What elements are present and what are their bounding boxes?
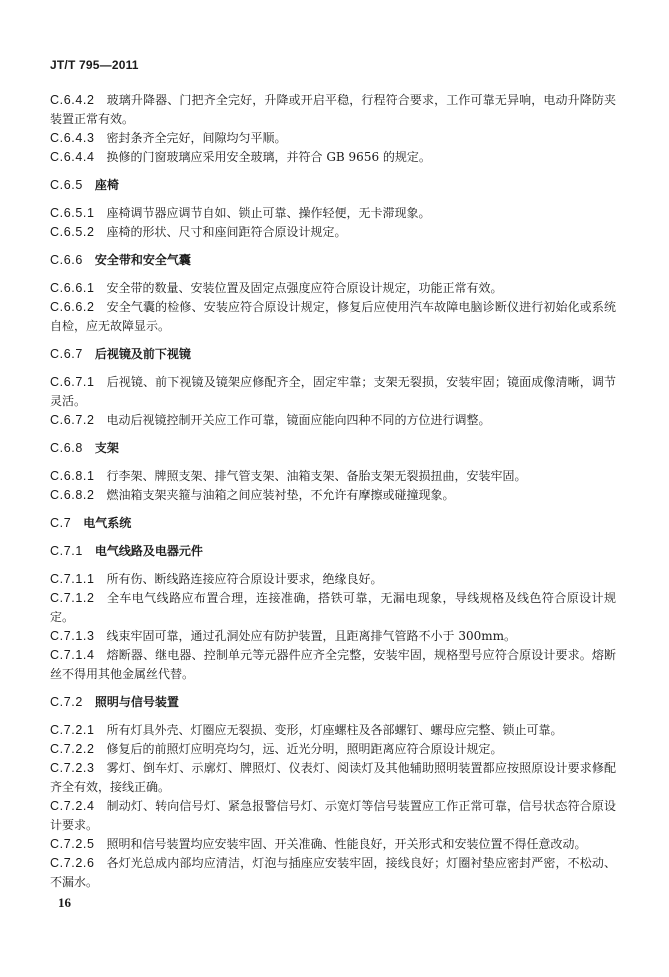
section-heading: C.6.8支架 — [50, 439, 616, 458]
clause-text: 熔断器、继电器、控制单元等元器件应齐全完整，安装牢固，规格型号应符合原设计要求。… — [50, 648, 616, 681]
clause-paragraph: C.7.2.1所有灯具外壳、灯圈应无裂损、变形，灯座螺柱及各部螺钉、螺母应完整、… — [50, 721, 616, 740]
page-number: 16 — [58, 895, 71, 911]
section-number: C.7.1 — [50, 544, 83, 558]
clause-number: C.7.1.4 — [50, 648, 95, 662]
section-heading: C.6.6安全带和安全气囊 — [50, 251, 616, 270]
clause-paragraph: C.6.5.2座椅的形状、尺寸和座间距符合原设计规定。 — [50, 223, 616, 242]
clause-text: 行李架、牌照支架、排气管支架、油箱支架、备胎支架无裂损扭曲，安装牢固。 — [107, 469, 527, 483]
clause-number: C.7.2.1 — [50, 723, 95, 737]
clause-paragraph: C.7.2.6各灯光总成内部均应清洁，灯泡与插座应安装牢固，接线良好；灯圈衬垫应… — [50, 854, 616, 892]
clause-number: C.6.5.1 — [50, 206, 95, 220]
clause-number: C.6.4.2 — [50, 93, 95, 107]
clause-text: 换修的门窗玻璃应采用安全玻璃，并符合 GB 9656 的规定。 — [107, 150, 431, 164]
section-title: 安全带和安全气囊 — [95, 253, 191, 267]
section-heading: C.7.2照明与信号装置 — [50, 693, 616, 712]
clause-paragraph: C.6.6.1安全带的数量、安装位置及固定点强度应符合原设计规定，功能正常有效。 — [50, 279, 616, 298]
standard-code-header: JT/T 795—2011 — [50, 58, 139, 72]
section-number: C.6.6 — [50, 253, 83, 267]
clause-number: C.6.6.2 — [50, 300, 95, 314]
clause-text: 安全气囊的检修、安装应符合原设计规定，修复后应使用汽车故障电脑诊断仪进行初始化或… — [50, 300, 616, 333]
clause-number: C.6.8.2 — [50, 488, 95, 502]
clause-paragraph: C.6.7.1后视镜、前下视镜及镜架应修配齐全，固定牢靠；支架无裂损，安装牢固；… — [50, 373, 616, 411]
clause-text: 后视镜、前下视镜及镜架应修配齐全，固定牢靠；支架无裂损，安装牢固；镜面成像清晰，… — [50, 375, 616, 408]
section-number: C.6.5 — [50, 178, 83, 192]
clause-text: 电动后视镜控制开关应工作可靠，镜面应能向四种不同的方位进行调整。 — [107, 413, 491, 427]
clause-paragraph: C.7.1.1所有伤、断线路连接应符合原设计要求，绝缘良好。 — [50, 570, 616, 589]
clause-number: C.6.7.1 — [50, 375, 95, 389]
section-heading: C.6.7后视镜及前下视镜 — [50, 345, 616, 364]
clause-number: C.7.2.6 — [50, 856, 95, 870]
clause-number: C.7.1.2 — [50, 591, 95, 605]
clause-number: C.6.6.1 — [50, 281, 95, 295]
clause-text: 所有伤、断线路连接应符合原设计要求，绝缘良好。 — [107, 572, 383, 586]
clause-paragraph: C.6.7.2电动后视镜控制开关应工作可靠，镜面应能向四种不同的方位进行调整。 — [50, 411, 616, 430]
clause-number: C.6.8.1 — [50, 469, 95, 483]
section-title: 座椅 — [95, 178, 119, 192]
clause-text: 密封条齐全完好，间隙均匀平顺。 — [107, 131, 287, 145]
section-heading: C.6.5座椅 — [50, 176, 616, 195]
clause-number: C.7.2.3 — [50, 761, 95, 775]
clause-paragraph: C.6.4.3密封条齐全完好，间隙均匀平顺。 — [50, 129, 616, 148]
clause-paragraph: C.7.1.2全车电气线路应布置合理，连接准确，搭铁可靠，无漏电现象，导线规格及… — [50, 589, 616, 627]
clause-paragraph: C.7.1.3线束牢固可靠，通过孔洞处应有防护装置，且距离排气管路不小于 300… — [50, 627, 616, 646]
section-title: 照明与信号装置 — [95, 695, 179, 709]
clause-number: C.6.5.2 — [50, 225, 95, 239]
clause-number: C.6.4.3 — [50, 131, 95, 145]
clause-paragraph: C.6.4.2玻璃升降器、门把齐全完好，升降或开启平稳，行程符合要求，工作可靠无… — [50, 91, 616, 129]
clause-text: 玻璃升降器、门把齐全完好，升降或开启平稳，行程符合要求，工作可靠无异响，电动升降… — [50, 93, 616, 126]
clause-number: C.7.2.4 — [50, 799, 95, 813]
document-body: C.6.4.2玻璃升降器、门把齐全完好，升降或开启平稳，行程符合要求，工作可靠无… — [50, 91, 616, 892]
clause-text: 燃油箱支架夹箍与油箱之间应装衬垫，不允许有摩擦或碰撞现象。 — [107, 488, 455, 502]
document-page: JT/T 795—2011 C.6.4.2玻璃升降器、门把齐全完好，升降或开启平… — [0, 0, 669, 977]
clause-paragraph: C.6.6.2安全气囊的检修、安装应符合原设计规定，修复后应使用汽车故障电脑诊断… — [50, 298, 616, 336]
clause-text: 各灯光总成内部均应清洁，灯泡与插座应安装牢固，接线良好；灯圈衬垫应密封严密，不松… — [50, 856, 616, 889]
clause-paragraph: C.7.1.4熔断器、继电器、控制单元等元器件应齐全完整，安装牢固，规格型号应符… — [50, 646, 616, 684]
clause-text: 照明和信号装置均应安装牢固、开关准确、性能良好，开关形式和安装位置不得任意改动。 — [107, 837, 587, 851]
section-number: C.6.7 — [50, 347, 83, 361]
section-heading: C.7电气系统 — [50, 514, 616, 533]
clause-number: C.7.2.5 — [50, 837, 95, 851]
section-heading: C.7.1电气线路及电器元件 — [50, 542, 616, 561]
section-number: C.7.2 — [50, 695, 83, 709]
clause-text: 雾灯、倒车灯、示廓灯、牌照灯、仪表灯、阅读灯及其他辅助照明装置都应按照原设计要求… — [50, 761, 616, 794]
clause-number: C.7.1.3 — [50, 629, 95, 643]
clause-number: C.7.2.2 — [50, 742, 95, 756]
clause-text: 全车电气线路应布置合理，连接准确，搭铁可靠，无漏电现象，导线规格及线色符合原设计… — [50, 591, 616, 624]
section-number: C.7 — [50, 516, 71, 530]
clause-text: 修复后的前照灯应明亮均匀，远、近光分明，照明距离应符合原设计规定。 — [107, 742, 503, 756]
clause-paragraph: C.7.2.2修复后的前照灯应明亮均匀，远、近光分明，照明距离应符合原设计规定。 — [50, 740, 616, 759]
clause-text: 座椅调节器应调节自如、锁止可靠、操作轻便，无卡滞现象。 — [107, 206, 431, 220]
clause-number: C.7.1.1 — [50, 572, 95, 586]
clause-paragraph: C.7.2.5照明和信号装置均应安装牢固、开关准确、性能良好，开关形式和安装位置… — [50, 835, 616, 854]
clause-text: 所有灯具外壳、灯圈应无裂损、变形，灯座螺柱及各部螺钉、螺母应完整、锁止可靠。 — [107, 723, 563, 737]
section-number: C.6.8 — [50, 441, 83, 455]
clause-paragraph: C.6.5.1座椅调节器应调节自如、锁止可靠、操作轻便，无卡滞现象。 — [50, 204, 616, 223]
section-title: 支架 — [95, 441, 119, 455]
clause-text: 制动灯、转向信号灯、紧急报警信号灯、示宽灯等信号装置应工作正常可靠，信号状态符合… — [50, 799, 616, 832]
clause-paragraph: C.6.4.4换修的门窗玻璃应采用安全玻璃，并符合 GB 9656 的规定。 — [50, 148, 616, 167]
section-title: 电气系统 — [83, 516, 131, 530]
section-title: 电气线路及电器元件 — [95, 544, 203, 558]
clause-paragraph: C.6.8.2燃油箱支架夹箍与油箱之间应装衬垫，不允许有摩擦或碰撞现象。 — [50, 486, 616, 505]
clause-number: C.6.7.2 — [50, 413, 95, 427]
clause-paragraph: C.7.2.4制动灯、转向信号灯、紧急报警信号灯、示宽灯等信号装置应工作正常可靠… — [50, 797, 616, 835]
clause-paragraph: C.6.8.1行李架、牌照支架、排气管支架、油箱支架、备胎支架无裂损扭曲，安装牢… — [50, 467, 616, 486]
clause-text: 线束牢固可靠，通过孔洞处应有防护装置，且距离排气管路不小于 300mm。 — [107, 629, 516, 643]
clause-text: 安全带的数量、安装位置及固定点强度应符合原设计规定，功能正常有效。 — [107, 281, 503, 295]
clause-text: 座椅的形状、尺寸和座间距符合原设计规定。 — [107, 225, 347, 239]
clause-number: C.6.4.4 — [50, 150, 95, 164]
clause-paragraph: C.7.2.3雾灯、倒车灯、示廓灯、牌照灯、仪表灯、阅读灯及其他辅助照明装置都应… — [50, 759, 616, 797]
section-title: 后视镜及前下视镜 — [95, 347, 191, 361]
